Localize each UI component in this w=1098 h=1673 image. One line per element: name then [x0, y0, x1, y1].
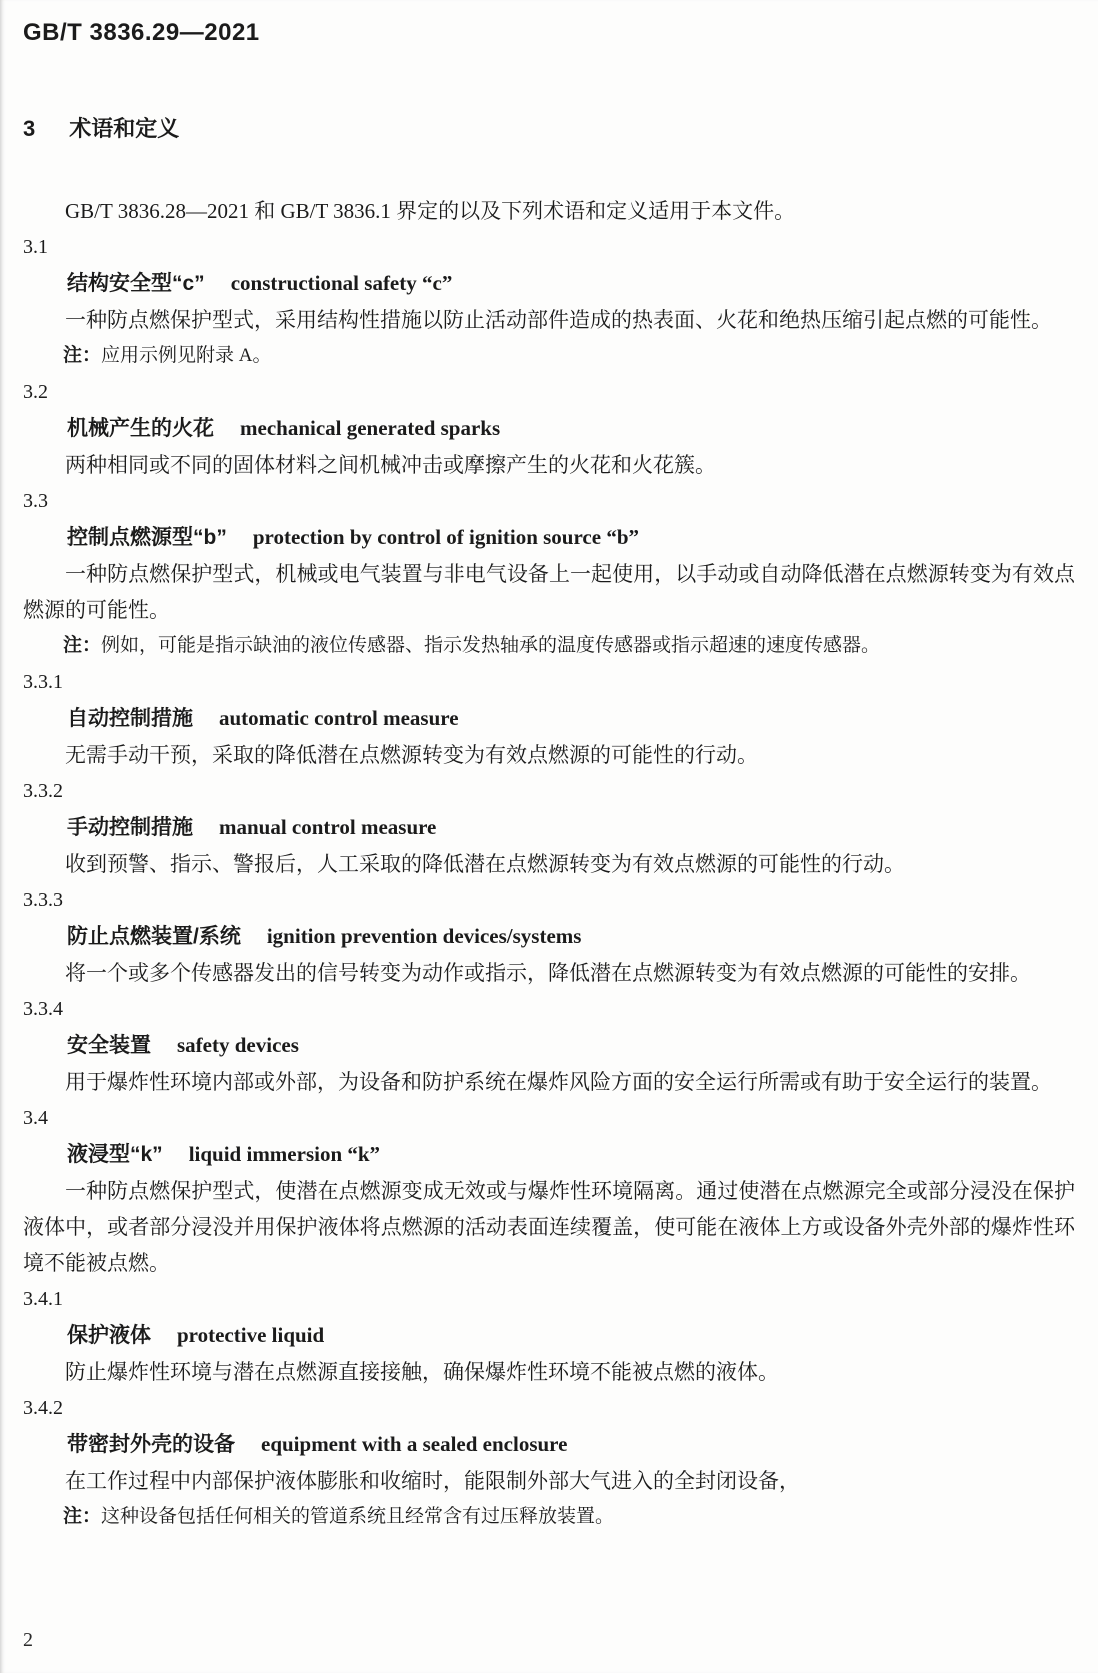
- term-3-3: 3.3 控制点燃源型“b”protection by control of ig…: [23, 483, 1075, 664]
- term-heading: 结构安全型“c”constructional safety “c”: [23, 265, 1075, 302]
- term-heading: 手动控制措施manual control measure: [23, 809, 1075, 846]
- term-zh: 结构安全型“c”: [67, 272, 205, 295]
- term-number: 3.2: [23, 374, 1075, 410]
- term-3-2: 3.2 机械产生的火花mechanical generated sparks 两…: [23, 374, 1075, 483]
- note-label: 注：: [63, 635, 101, 656]
- term-3-3-2: 3.3.2 手动控制措施manual control measure 收到预警、…: [23, 773, 1075, 882]
- term-en: protection by control of ignition source…: [253, 525, 639, 549]
- term-definition: 一种防点燃保护型式，机械或电气装置与非电气设备上一起使用，以手动或自动降低潜在点…: [23, 556, 1075, 628]
- term-3-4-1: 3.4.1 保护液体protective liquid 防止爆炸性环境与潜在点燃…: [23, 1281, 1075, 1390]
- term-definition: 用于爆炸性环境内部或外部，为设备和防护系统在爆炸风险方面的安全运行所需或有助于安…: [23, 1064, 1075, 1100]
- term-en: ignition prevention devices/systems: [267, 924, 582, 948]
- term-zh: 自动控制措施: [67, 707, 193, 730]
- term-number: 3.3.3: [23, 882, 1075, 918]
- term-heading: 液浸型“k”liquid immersion “k”: [23, 1136, 1075, 1173]
- term-definition: 一种防点燃保护型式，使潜在点燃源变成无效或与爆炸性环境隔离。通过使潜在点燃源完全…: [23, 1173, 1075, 1281]
- term-3-4-2: 3.4.2 带密封外壳的设备equipment with a sealed en…: [23, 1390, 1075, 1535]
- term-en: equipment with a sealed enclosure: [261, 1432, 567, 1456]
- term-number: 3.4.2: [23, 1390, 1075, 1426]
- term-definition: 收到预警、指示、警报后，人工采取的降低潜在点燃源转变为有效点燃源的可能性的行动。: [23, 846, 1075, 882]
- term-en: liquid immersion “k”: [189, 1142, 380, 1166]
- term-number: 3.4: [23, 1100, 1075, 1136]
- note-text: 应用示例见附录 A。: [101, 345, 271, 366]
- section-heading: 3术语和定义: [23, 112, 1075, 146]
- term-definition: 将一个或多个传感器发出的信号转变为动作或指示，降低潜在点燃源转变为有效点燃源的可…: [23, 955, 1075, 991]
- term-en: protective liquid: [177, 1323, 324, 1347]
- term-definition: 两种相同或不同的固体材料之间机械冲击或摩擦产生的火花和火花簇。: [23, 447, 1075, 483]
- term-heading: 带密封外壳的设备equipment with a sealed enclosur…: [23, 1426, 1075, 1463]
- term-zh: 手动控制措施: [67, 816, 193, 839]
- term-heading: 控制点燃源型“b”protection by control of igniti…: [23, 519, 1075, 556]
- term-heading: 保护液体protective liquid: [23, 1317, 1075, 1354]
- note-label: 注：: [63, 1506, 101, 1527]
- note-text: 这种设备包括任何相关的管道系统且经常含有过压释放装置。: [101, 1506, 614, 1527]
- document-page: GB/T 3836.29—2021 3术语和定义 GB/T 3836.28—20…: [0, 0, 1098, 1673]
- term-en: automatic control measure: [219, 706, 459, 730]
- term-number: 3.3.1: [23, 664, 1075, 700]
- term-en: safety devices: [177, 1033, 299, 1057]
- term-definition: 一种防点燃保护型式，采用结构性措施以防止活动部件造成的热表面、火花和绝热压缩引起…: [23, 302, 1075, 338]
- term-zh: 带密封外壳的设备: [67, 1433, 235, 1456]
- term-heading: 自动控制措施automatic control measure: [23, 700, 1075, 737]
- term-number: 3.1: [23, 229, 1075, 265]
- document-header: GB/T 3836.29—2021: [23, 18, 1075, 48]
- intro-paragraph: GB/T 3836.28—2021 和 GB/T 3836.1 界定的以及下列术…: [23, 193, 1075, 229]
- term-zh: 保护液体: [67, 1324, 151, 1347]
- note-text: 例如，可能是指示缺油的液位传感器、指示发热轴承的温度传感器或指示超速的速度传感器…: [101, 635, 880, 656]
- term-en: mechanical generated sparks: [240, 416, 500, 440]
- term-en: manual control measure: [219, 815, 436, 839]
- term-heading: 防止点燃装置/系统ignition prevention devices/sys…: [23, 918, 1075, 955]
- term-note: 注：例如，可能是指示缺油的液位传感器、指示发热轴承的温度传感器或指示超速的速度传…: [23, 628, 1075, 664]
- term-definition: 无需手动干预，采取的降低潜在点燃源转变为有效点燃源的可能性的行动。: [23, 737, 1075, 773]
- term-number: 3.3.4: [23, 991, 1075, 1027]
- section-title: 术语和定义: [69, 116, 179, 141]
- term-zh: 安全装置: [67, 1034, 151, 1057]
- term-heading: 机械产生的火花mechanical generated sparks: [23, 410, 1075, 447]
- term-3-3-3: 3.3.3 防止点燃装置/系统ignition prevention devic…: [23, 882, 1075, 991]
- term-3-3-4: 3.3.4 安全装置safety devices 用于爆炸性环境内部或外部，为设…: [23, 991, 1075, 1100]
- section-number: 3: [23, 112, 35, 146]
- term-3-1: 3.1 结构安全型“c”constructional safety “c” 一种…: [23, 229, 1075, 374]
- term-zh: 控制点燃源型“b”: [67, 526, 227, 549]
- term-number: 3.4.1: [23, 1281, 1075, 1317]
- page-number: 2: [23, 1626, 33, 1654]
- note-label: 注：: [63, 345, 101, 366]
- term-3-3-1: 3.3.1 自动控制措施automatic control measure 无需…: [23, 664, 1075, 773]
- term-number: 3.3: [23, 483, 1075, 519]
- term-en: constructional safety “c”: [231, 271, 453, 295]
- term-heading: 安全装置safety devices: [23, 1027, 1075, 1064]
- term-zh: 液浸型“k”: [67, 1143, 163, 1166]
- term-number: 3.3.2: [23, 773, 1075, 809]
- term-zh: 防止点燃装置/系统: [67, 925, 241, 948]
- term-definition: 在工作过程中内部保护液体膨胀和收缩时，能限制外部大气进入的全封闭设备，: [23, 1463, 1075, 1499]
- term-zh: 机械产生的火花: [67, 417, 214, 440]
- term-note: 注：这种设备包括任何相关的管道系统且经常含有过压释放装置。: [23, 1499, 1075, 1535]
- term-note: 注：应用示例见附录 A。: [23, 338, 1075, 374]
- term-definition: 防止爆炸性环境与潜在点燃源直接接触，确保爆炸性环境不能被点燃的液体。: [23, 1354, 1075, 1390]
- term-3-4: 3.4 液浸型“k”liquid immersion “k” 一种防点燃保护型式…: [23, 1100, 1075, 1281]
